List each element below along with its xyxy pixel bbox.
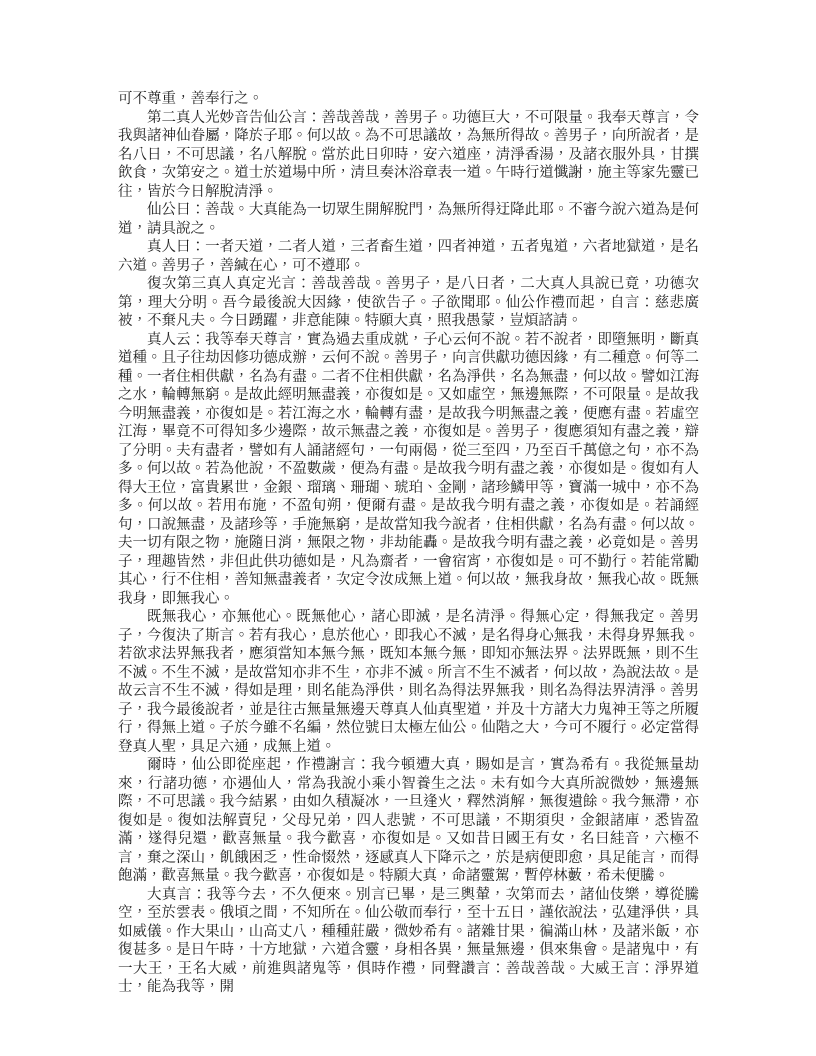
paragraph: 爾時，仙公即從座起，作禮謝言：我今頓遭大真，賜如是言，實為希有。我從無量劫來，行…	[118, 756, 699, 886]
paragraph: 第二真人光妙音告仙公言：善哉善哉，善男子。功德巨大，不可限量。我奉天尊言，令我與…	[118, 109, 699, 202]
paragraph: 可不尊重，善奉行之。	[118, 90, 699, 109]
document-page: 可不尊重，善奉行之。第二真人光妙音告仙公言：善哉善哉，善男子。功德巨大，不可限量…	[0, 0, 816, 1056]
paragraph: 仙公曰：善哉。大真能為一切眾生開解脫門，為無所得迂降此耶。不審今說六道為是何道，…	[118, 201, 699, 238]
paragraph: 復次第三真人真定光言：善哉善哉。善男子，是八日者，二大真人具說已竟，功德次第，理…	[118, 275, 699, 331]
document-body: 可不尊重，善奉行之。第二真人光妙音告仙公言：善哉善哉，善男子。功德巨大，不可限量…	[118, 90, 699, 997]
paragraph: 真人曰：一者天道，二者人道，三者畜生道，四者神道，五者鬼道，六者地獄道，是名六道…	[118, 238, 699, 275]
paragraph: 大真言：我等今去，不久便來。別言已畢，是三輿輦，次第而去，諸仙伎樂，導從騰空，至…	[118, 886, 699, 997]
paragraph: 真人云：我等奉天尊言，實為過去重成就，子心云何不說。若不說者，即墮無明，斷真道種…	[118, 331, 699, 609]
paragraph: 既無我心，亦無他心。既無他心，諸心即滅，是名清淨。得無心定，得無我定。善男子，今…	[118, 608, 699, 756]
